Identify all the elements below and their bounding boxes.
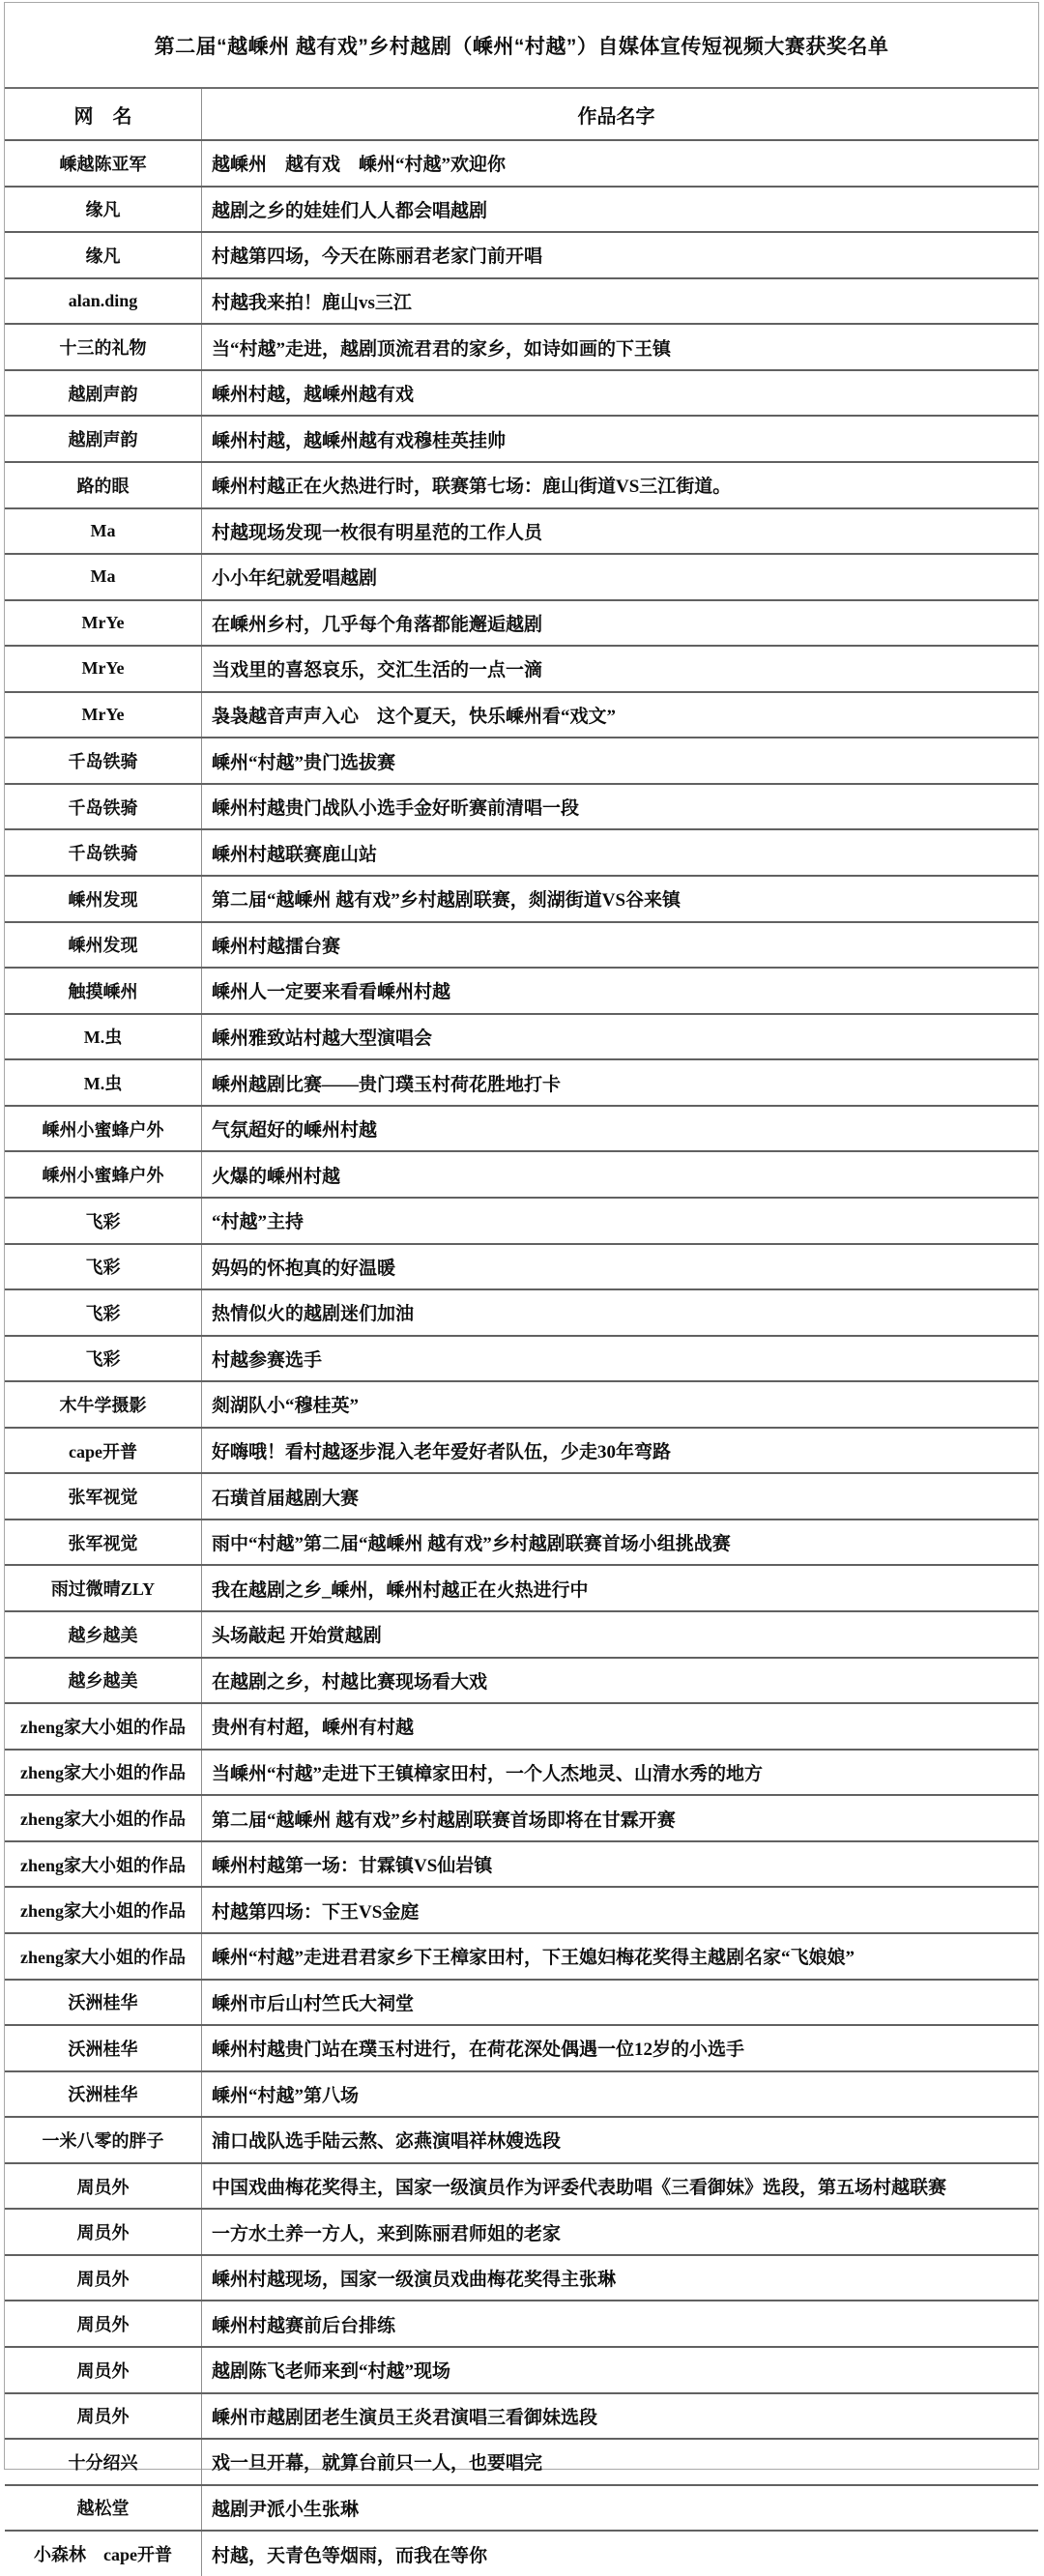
netname-cell: alan.ding	[5, 279, 201, 324]
netname-cell: MrYe	[5, 601, 201, 646]
table-row: 木牛学摄影 剡湖队小“穆桂英”	[5, 1380, 1038, 1427]
netname-cell: 一米八零的胖子	[5, 2118, 201, 2162]
table-body: 嵊越陈亚军 越嵊州 越有戏 嵊州“村越”欢迎你 缘凡 越剧之乡的娃娃们人人都会唱…	[5, 139, 1038, 2576]
table-row: 一米八零的胖子 浦口战队选手陆云熬、宓燕演唱祥林嫂选段	[5, 2116, 1038, 2162]
netname-cell: 嵊越陈亚军	[5, 141, 201, 186]
work-title-cell: 气氛超好的嵊州村越	[201, 1107, 1038, 1151]
work-title-cell: 嵊州村越擂台赛	[201, 923, 1038, 968]
work-title-cell: 嵊州人一定要来看看嵊州村越	[201, 969, 1038, 1013]
table-row: Ma 村越现场发现一枚很有明星范的工作人员	[5, 507, 1038, 554]
work-title-cell: 剡湖队小“穆桂英”	[201, 1382, 1038, 1427]
work-title-cell: 嵊州“村越”走进君君家乡下王樟家田村，下王媳妇梅花奖得主越剧名家“飞娘娘”	[201, 1934, 1038, 1979]
work-title-cell: 袅袅越音声声入心 这个夏天，快乐嵊州看“戏文”	[201, 693, 1038, 738]
table-row: zheng家大小姐的作品 贵州有村超，嵊州有村越	[5, 1702, 1038, 1749]
netname-cell: 十三的礼物	[5, 325, 201, 369]
netname-cell: 嵊州小蜜蜂户外	[5, 1107, 201, 1151]
work-title-cell: 中国戏曲梅花奖得主，国家一级演员作为评委代表助唱《三看御妹》选段，第五场村越联赛	[201, 2164, 1038, 2209]
netname-cell: zheng家大小姐的作品	[5, 1842, 201, 1887]
work-title-cell: 好嗨哦！看村越逐步混入老年爱好者队伍，少走30年弯路	[201, 1429, 1038, 1473]
netname-cell: 缘凡	[5, 233, 201, 277]
award-list-table: 第二届“越嵊州 越有戏”乡村越剧（嵊州“村越”）自媒体宣传短视频大赛获奖名单 网…	[4, 2, 1039, 2470]
table-row: 嵊州小蜜蜂户外 气氛超好的嵊州村越	[5, 1105, 1038, 1151]
work-title-cell: 浦口战队选手陆云熬、宓燕演唱祥林嫂选段	[201, 2118, 1038, 2162]
table-row: zheng家大小姐的作品 嵊州村越第一场：甘霖镇VS仙岩镇	[5, 1840, 1038, 1887]
table-row: 飞彩 村越参赛选手	[5, 1335, 1038, 1381]
work-title-cell: 嵊州市后山村竺氏大祠堂	[201, 1981, 1038, 2025]
netname-cell: 沃洲桂华	[5, 2026, 201, 2070]
table-row: 越剧声韵 嵊州村越，越嵊州越有戏穆桂英挂帅	[5, 415, 1038, 461]
work-title-cell: 嵊州村越贵门战队小选手金好昕赛前清唱一段	[201, 785, 1038, 829]
netname-cell: 周员外	[5, 2301, 201, 2346]
work-title-cell: 村越我来拍！鹿山vs三江	[201, 279, 1038, 324]
work-title-cell: 热情似火的越剧迷们加油	[201, 1290, 1038, 1335]
column-header-netname: 网 名	[5, 89, 201, 139]
netname-cell: M.虫	[5, 1015, 201, 1059]
netname-cell: zheng家大小姐的作品	[5, 1888, 201, 1932]
table-row: MrYe 在嵊州乡村，几乎每个角落都能邂逅越剧	[5, 599, 1038, 646]
table-row: 嵊越陈亚军 越嵊州 越有戏 嵊州“村越”欢迎你	[5, 139, 1038, 186]
table-row: zheng家大小姐的作品 当嵊州“村越”走进下王镇樟家田村，一个人杰地灵、山清水…	[5, 1749, 1038, 1795]
netname-cell: 飞彩	[5, 1245, 201, 1289]
work-title-cell: 小小年纪就爱唱越剧	[201, 555, 1038, 599]
netname-cell: 越乡越美	[5, 1659, 201, 1703]
netname-cell: 越乡越美	[5, 1612, 201, 1657]
work-title-cell: 嵊州雅致站村越大型演唱会	[201, 1015, 1038, 1059]
work-title-cell: 村越现场发现一枚很有明星范的工作人员	[201, 509, 1038, 554]
work-title-cell: 嵊州村越，越嵊州越有戏穆桂英挂帅	[201, 417, 1038, 461]
netname-cell: 嵊州发现	[5, 877, 201, 921]
netname-cell: 周员外	[5, 2164, 201, 2209]
table-row: MrYe 当戏里的喜怒哀乐，交汇生活的一点一滴	[5, 645, 1038, 691]
work-title-cell: 越剧尹派小生张琳	[201, 2486, 1038, 2531]
table-row: 张军视觉 石璜首届越剧大赛	[5, 1472, 1038, 1519]
work-title-cell: 火爆的嵊州村越	[201, 1152, 1038, 1197]
netname-cell: 飞彩	[5, 1290, 201, 1335]
netname-cell: 触摸嵊州	[5, 969, 201, 1013]
table-row: 缘凡 越剧之乡的娃娃们人人都会唱越剧	[5, 186, 1038, 232]
work-title-cell: 村越参赛选手	[201, 1337, 1038, 1381]
table-row: 越乡越美 头场敲起 开始赏越剧	[5, 1610, 1038, 1657]
work-title-cell: 在越剧之乡，村越比赛现场看大戏	[201, 1659, 1038, 1703]
table-row: 嵊州发现 第二届“越嵊州 越有戏”乡村越剧联赛，剡湖街道VS谷来镇	[5, 875, 1038, 921]
table-row: Ma 小小年纪就爱唱越剧	[5, 553, 1038, 599]
table-row: 十三的礼物 当“村越”走进，越剧顶流君君的家乡，如诗如画的下王镇	[5, 323, 1038, 369]
table-row: 周员外 中国戏曲梅花奖得主，国家一级演员作为评委代表助唱《三看御妹》选段，第五场…	[5, 2162, 1038, 2209]
netname-cell: 千岛铁骑	[5, 785, 201, 829]
table-row: 周员外 一方水土养一方人，来到陈丽君师姐的老家	[5, 2208, 1038, 2254]
work-title-cell: 头场敲起 开始赏越剧	[201, 1612, 1038, 1657]
table-row: 飞彩 “村越”主持	[5, 1197, 1038, 1243]
netname-cell: cape开普	[5, 1429, 201, 1473]
netname-cell: 周员外	[5, 2210, 201, 2254]
table-row: 雨过微晴ZLY 我在越剧之乡_嵊州，嵊州村越正在火热进行中	[5, 1564, 1038, 1610]
table-row: 路的眼 嵊州村越正在火热进行时，联赛第七场：鹿山街道VS三江街道。	[5, 461, 1038, 507]
table-row: 嵊州小蜜蜂户外 火爆的嵊州村越	[5, 1150, 1038, 1197]
netname-cell: 张军视觉	[5, 1474, 201, 1519]
table-row: 越剧声韵 嵊州村越，越嵊州越有戏	[5, 369, 1038, 416]
netname-cell: 周员外	[5, 2348, 201, 2392]
work-title-cell: 嵊州市越剧团老生演员王炎君演唱三看御妹选段	[201, 2394, 1038, 2439]
netname-cell: Ma	[5, 555, 201, 599]
work-title-cell: 村越第四场：下王VS金庭	[201, 1888, 1038, 1932]
netname-cell: MrYe	[5, 647, 201, 691]
netname-cell: 沃洲桂华	[5, 1981, 201, 2025]
work-title-cell: “村越”主持	[201, 1199, 1038, 1243]
netname-cell: Ma	[5, 509, 201, 554]
table-row: 沃洲桂华 嵊州市后山村竺氏大祠堂	[5, 1979, 1038, 2025]
table-row: 周员外 嵊州市越剧团老生演员王炎君演唱三看御妹选段	[5, 2392, 1038, 2439]
table-row: 越松堂 越剧尹派小生张琳	[5, 2484, 1038, 2531]
work-title-cell: 在嵊州乡村，几乎每个角落都能邂逅越剧	[201, 601, 1038, 646]
netname-cell: 嵊州发现	[5, 923, 201, 968]
netname-cell: 越剧声韵	[5, 371, 201, 416]
table-row: 飞彩 妈妈的怀抱真的好温暖	[5, 1243, 1038, 1289]
table-row: alan.ding 村越我来拍！鹿山vs三江	[5, 277, 1038, 324]
netname-cell: 张军视觉	[5, 1520, 201, 1565]
work-title-cell: 越剧之乡的娃娃们人人都会唱越剧	[201, 188, 1038, 232]
work-title-cell: 我在越剧之乡_嵊州，嵊州村越正在火热进行中	[201, 1566, 1038, 1610]
netname-cell: 越剧声韵	[5, 417, 201, 461]
netname-cell: MrYe	[5, 693, 201, 738]
work-title-cell: 嵊州“村越”贵门选拔赛	[201, 738, 1038, 783]
table-row: 缘凡 村越第四场，今天在陈丽君老家门前开唱	[5, 231, 1038, 277]
netname-cell: zheng家大小姐的作品	[5, 1704, 201, 1749]
work-title-cell: 贵州有村超，嵊州有村越	[201, 1704, 1038, 1749]
netname-cell: zheng家大小姐的作品	[5, 1751, 201, 1795]
table-row: zheng家大小姐的作品 村越第四场：下王VS金庭	[5, 1886, 1038, 1932]
table-row: 十分绍兴 戏一旦开幕，就算台前只一人，也要唱完	[5, 2438, 1038, 2484]
table-row: 越乡越美 在越剧之乡，村越比赛现场看大戏	[5, 1657, 1038, 1703]
work-title-cell: 当嵊州“村越”走进下王镇樟家田村，一个人杰地灵、山清水秀的地方	[201, 1751, 1038, 1795]
work-title-cell: 越剧陈飞老师来到“村越”现场	[201, 2348, 1038, 2392]
work-title-cell: 嵊州村越正在火热进行时，联赛第七场：鹿山街道VS三江街道。	[201, 463, 1038, 507]
netname-cell: 缘凡	[5, 188, 201, 232]
table-row: MrYe 袅袅越音声声入心 这个夏天，快乐嵊州看“戏文”	[5, 691, 1038, 738]
work-title-cell: 妈妈的怀抱真的好温暖	[201, 1245, 1038, 1289]
netname-cell: 雨过微晴ZLY	[5, 1566, 201, 1610]
work-title-cell: 第二届“越嵊州 越有戏”乡村越剧联赛首场即将在甘霖开赛	[201, 1796, 1038, 1840]
work-title-cell: 嵊州村越联赛鹿山站	[201, 830, 1038, 875]
table-row: 沃洲桂华 嵊州村越贵门站在璞玉村进行，在荷花深处偶遇一位12岁的小选手	[5, 2024, 1038, 2070]
netname-cell: 木牛学摄影	[5, 1382, 201, 1427]
netname-cell: 飞彩	[5, 1337, 201, 1381]
table-row: 飞彩 热情似火的越剧迷们加油	[5, 1288, 1038, 1335]
netname-cell: 小森林 cape开普	[5, 2532, 201, 2576]
work-title-cell: 嵊州村越第一场：甘霖镇VS仙岩镇	[201, 1842, 1038, 1887]
work-title-cell: 第二届“越嵊州 越有戏”乡村越剧联赛，剡湖街道VS谷来镇	[201, 877, 1038, 921]
table-row: 千岛铁骑 嵊州村越贵门战队小选手金好昕赛前清唱一段	[5, 783, 1038, 829]
work-title-cell: 嵊州越剧比赛——贵门璞玉村荷花胜地打卡	[201, 1060, 1038, 1105]
work-title-cell: 嵊州村越贵门站在璞玉村进行，在荷花深处偶遇一位12岁的小选手	[201, 2026, 1038, 2070]
table-row: M.虫 嵊州越剧比赛——贵门璞玉村荷花胜地打卡	[5, 1058, 1038, 1105]
work-title-cell: 一方水土养一方人，来到陈丽君师姐的老家	[201, 2210, 1038, 2254]
work-title-cell: 嵊州村越赛前后台排练	[201, 2301, 1038, 2346]
table-row: 触摸嵊州 嵊州人一定要来看看嵊州村越	[5, 967, 1038, 1013]
page-title: 第二届“越嵊州 越有戏”乡村越剧（嵊州“村越”）自媒体宣传短视频大赛获奖名单	[5, 3, 1038, 87]
netname-cell: zheng家大小姐的作品	[5, 1934, 201, 1979]
netname-cell: 千岛铁骑	[5, 830, 201, 875]
table-row: zheng家大小姐的作品 第二届“越嵊州 越有戏”乡村越剧联赛首场即将在甘霖开赛	[5, 1794, 1038, 1840]
netname-cell: 周员外	[5, 2256, 201, 2301]
work-title-cell: 当戏里的喜怒哀乐，交汇生活的一点一滴	[201, 647, 1038, 691]
netname-cell: 路的眼	[5, 463, 201, 507]
table-row: 周员外 越剧陈飞老师来到“村越”现场	[5, 2346, 1038, 2392]
column-header-work-title: 作品名字	[201, 89, 1038, 139]
work-title-cell: 嵊州村越现场，国家一级演员戏曲梅花奖得主张琳	[201, 2256, 1038, 2301]
work-title-cell: 村越第四场，今天在陈丽君老家门前开唱	[201, 233, 1038, 277]
table-row: cape开普 好嗨哦！看村越逐步混入老年爱好者队伍，少走30年弯路	[5, 1427, 1038, 1473]
netname-cell: 十分绍兴	[5, 2440, 201, 2484]
work-title-cell: 当“村越”走进，越剧顶流君君的家乡，如诗如画的下王镇	[201, 325, 1038, 369]
netname-cell: 周员外	[5, 2394, 201, 2439]
netname-cell: 越松堂	[5, 2486, 201, 2531]
netname-cell: M.虫	[5, 1060, 201, 1105]
work-title-cell: 石璜首届越剧大赛	[201, 1474, 1038, 1519]
table-row: 小森林 cape开普 村越，天青色等烟雨，而我在等你	[5, 2530, 1038, 2576]
table-row: 千岛铁骑 嵊州“村越”贵门选拔赛	[5, 737, 1038, 783]
table-row: 嵊州发现 嵊州村越擂台赛	[5, 921, 1038, 968]
work-title-cell: 戏一旦开幕，就算台前只一人，也要唱完	[201, 2440, 1038, 2484]
work-title-cell: 村越，天青色等烟雨，而我在等你	[201, 2532, 1038, 2576]
work-title-cell: 越嵊州 越有戏 嵊州“村越”欢迎你	[201, 141, 1038, 186]
work-title-cell: 雨中“村越”第二届“越嵊州 越有戏”乡村越剧联赛首场小组挑战赛	[201, 1520, 1038, 1565]
table-row: 周员外 嵊州村越赛前后台排练	[5, 2300, 1038, 2346]
netname-cell: 飞彩	[5, 1199, 201, 1243]
table-row: 周员外 嵊州村越现场，国家一级演员戏曲梅花奖得主张琳	[5, 2254, 1038, 2301]
work-title-cell: 嵊州村越，越嵊州越有戏	[201, 371, 1038, 416]
netname-cell: 沃洲桂华	[5, 2072, 201, 2117]
table-row: 沃洲桂华 嵊州“村越”第八场	[5, 2070, 1038, 2117]
work-title-cell: 嵊州“村越”第八场	[201, 2072, 1038, 2117]
table-row: M.虫 嵊州雅致站村越大型演唱会	[5, 1013, 1038, 1059]
netname-cell: 嵊州小蜜蜂户外	[5, 1152, 201, 1197]
netname-cell: zheng家大小姐的作品	[5, 1796, 201, 1840]
table-header-row: 网 名 作品名字	[5, 87, 1038, 139]
table-row: 千岛铁骑 嵊州村越联赛鹿山站	[5, 828, 1038, 875]
netname-cell: 千岛铁骑	[5, 738, 201, 783]
table-row: zheng家大小姐的作品 嵊州“村越”走进君君家乡下王樟家田村，下王媳妇梅花奖得…	[5, 1932, 1038, 1979]
table-row: 张军视觉 雨中“村越”第二届“越嵊州 越有戏”乡村越剧联赛首场小组挑战赛	[5, 1519, 1038, 1565]
